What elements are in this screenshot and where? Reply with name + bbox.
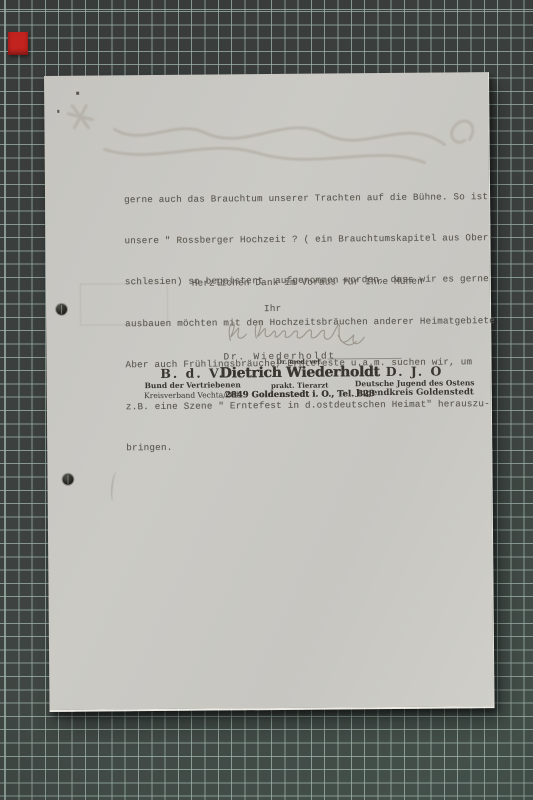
stamp-djo-title: D. J. O (345, 364, 485, 378)
typewritten-line: unsere " Rossberger Hochzeit ? ( ein Bra… (124, 231, 500, 248)
thanks-line: Herzlichen Dank im Voraus für Ihre Mühen (192, 275, 423, 291)
hole-punch-top (56, 304, 67, 315)
typewritten-line: bringen. (126, 438, 502, 455)
handwritten-signature (218, 311, 376, 350)
typewritten-line: gerne auch das Brauchtum unserer Trachte… (124, 190, 500, 207)
paper-crease (110, 471, 120, 502)
paper-speck (76, 92, 79, 95)
color-reference-patch (8, 32, 28, 55)
document-paper: gerne auch das Brauchtum unserer Trachte… (44, 72, 495, 712)
paper-speck (57, 110, 59, 113)
stamp-djo: D. J. O Deutsche Jugend des Ostens Jugen… (345, 364, 485, 398)
hole-punch-bottom (62, 474, 73, 485)
archive-photo: gerne auch das Brauchtum unserer Trachte… (0, 0, 533, 800)
stamp-djo-line2: Jugendkreis Goldenstedt (345, 388, 485, 399)
